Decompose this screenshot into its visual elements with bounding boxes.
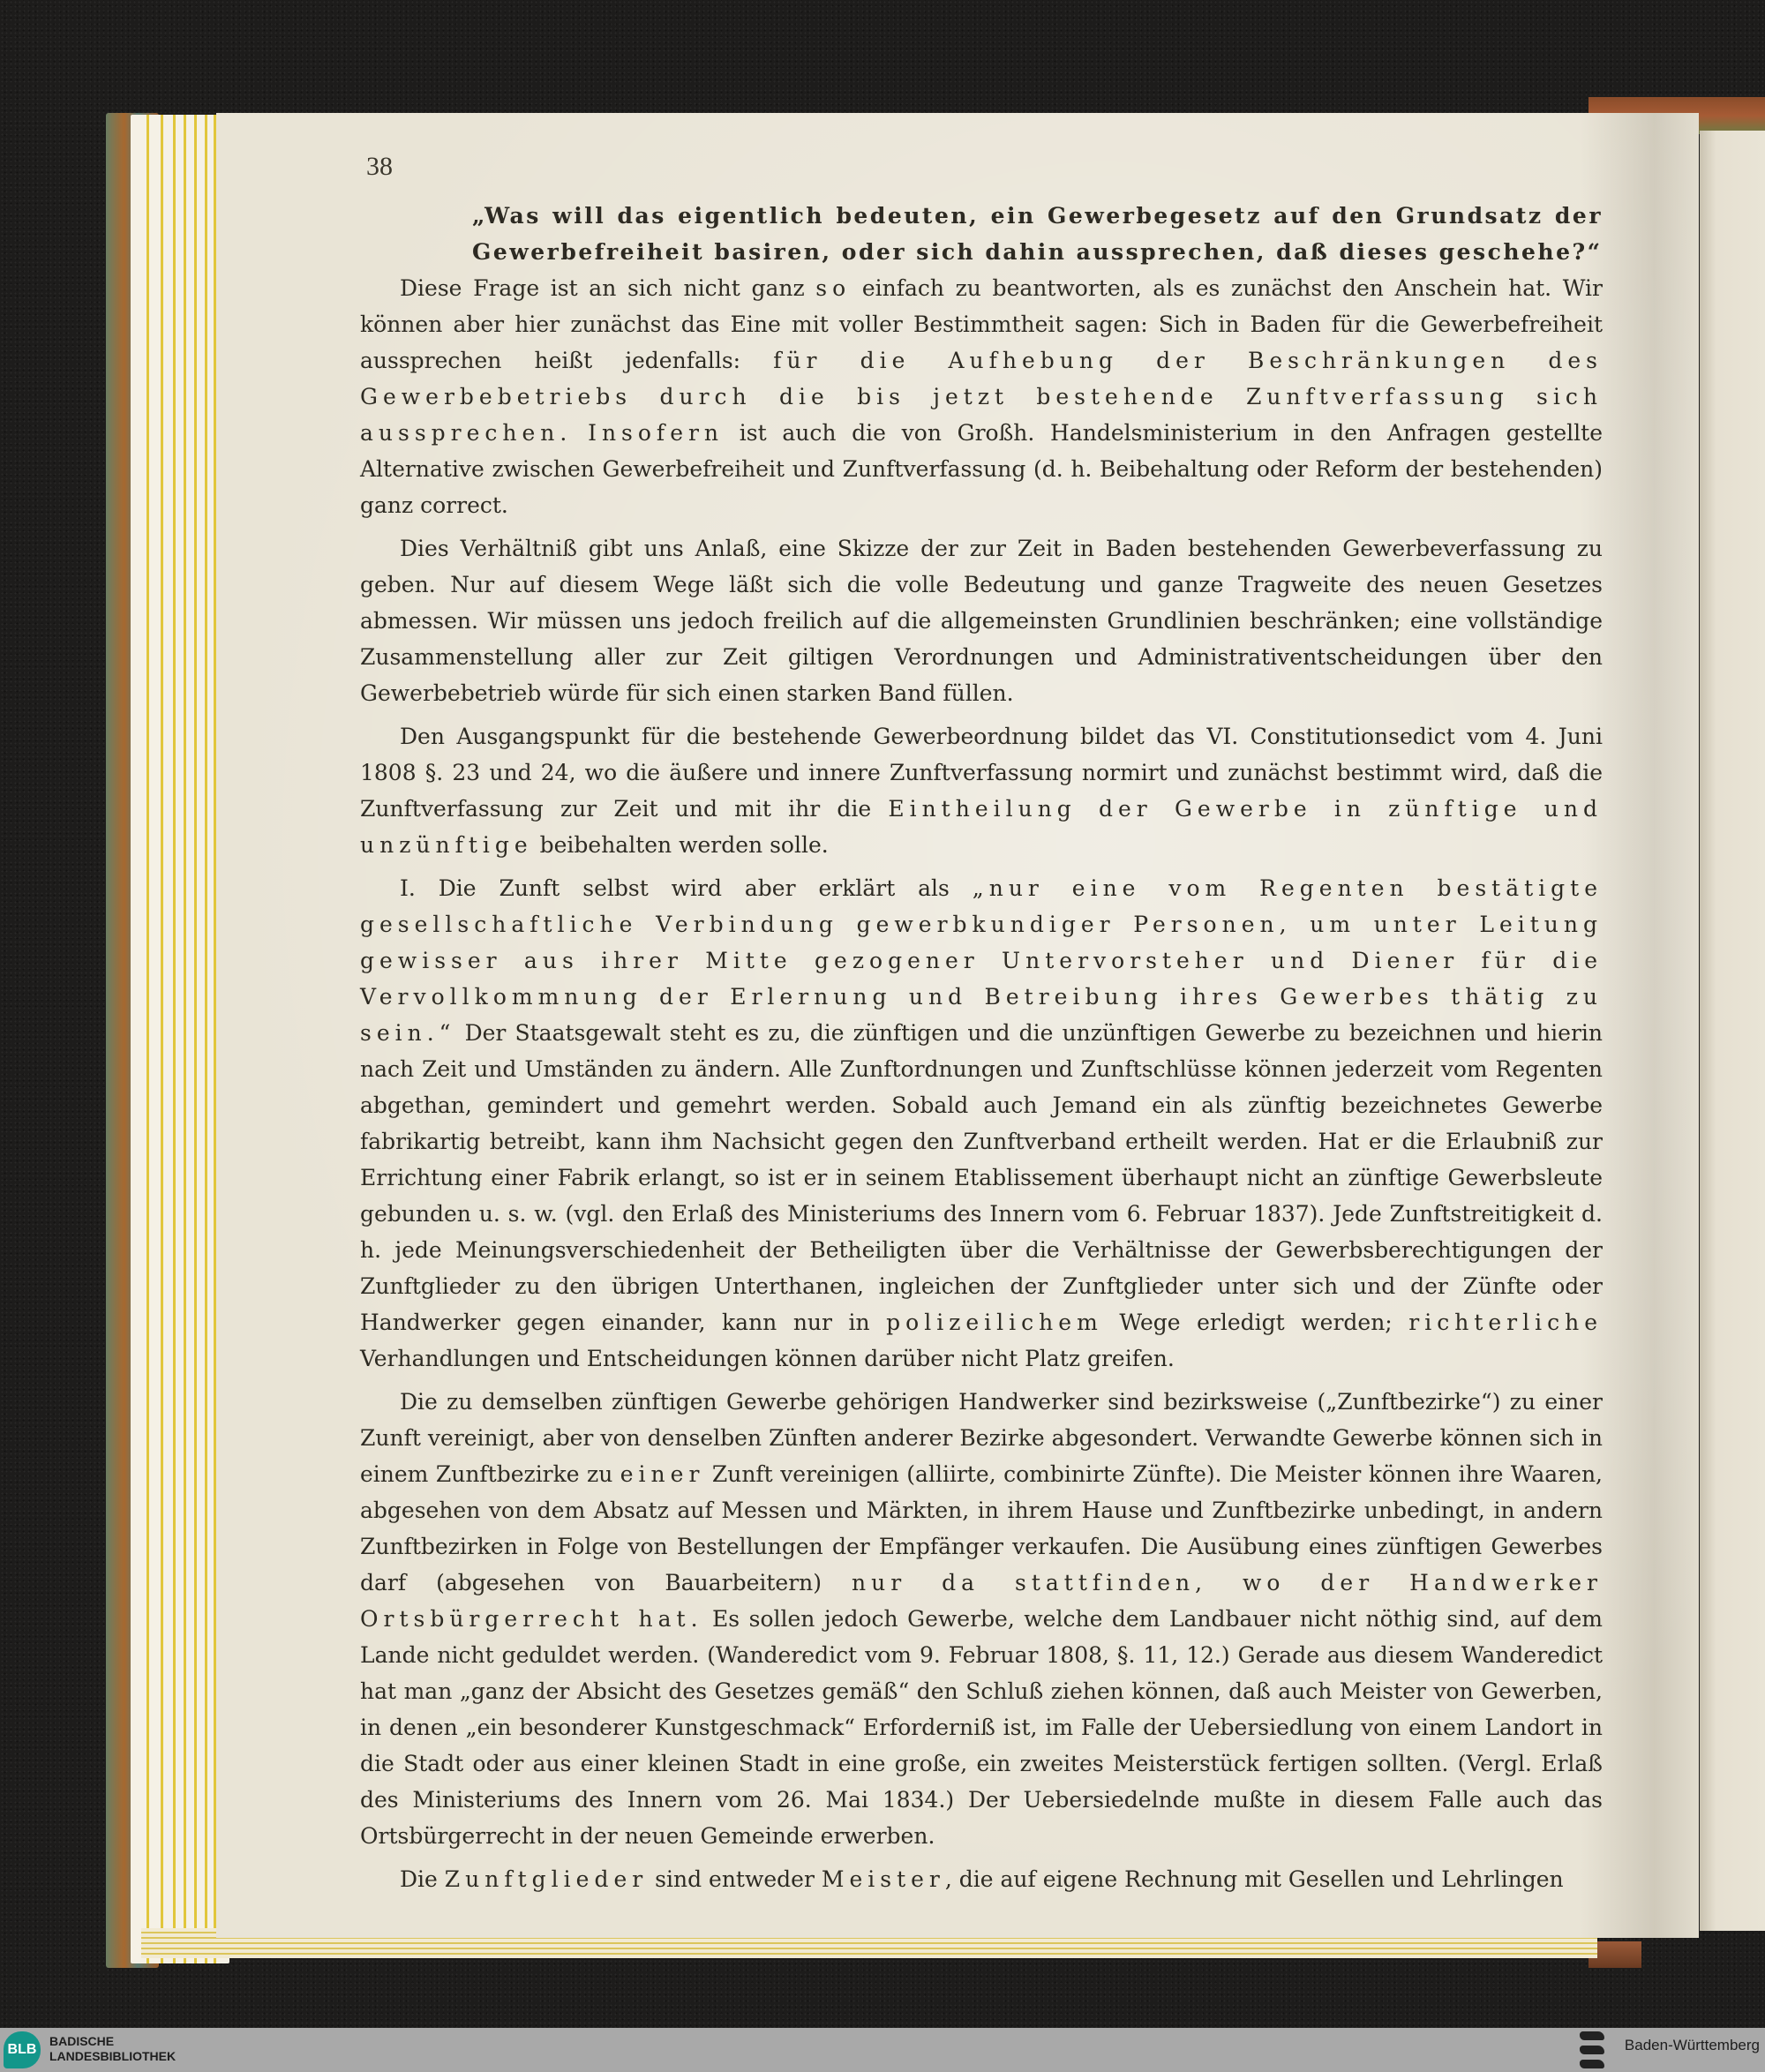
paragraph-1: Diese Frage ist an sich nicht ganz so ei… — [360, 270, 1603, 523]
emphasis: richterliche — [1408, 1310, 1603, 1335]
text-run: sind entweder — [648, 1866, 822, 1892]
blb-logo-icon[interactable]: BLB — [4, 2031, 41, 2068]
text-run: Diese Frage ist an sich nicht ganz — [400, 275, 815, 301]
paragraph-6: Die Zunftglieder sind entweder Meister, … — [360, 1861, 1603, 1897]
text-run: , die auf eigene Rechnung mit Gesellen u… — [945, 1866, 1564, 1892]
library-name-line-1: BADISCHE — [49, 2034, 176, 2049]
emphasis: Meister — [822, 1866, 945, 1892]
emphasis: so — [815, 275, 851, 301]
text-run: Die — [400, 1866, 445, 1892]
text-run: Es sollen jedoch Gewerbe, welche dem Lan… — [360, 1606, 1603, 1849]
quoted-question: „Was will das eigentlich bedeuten, ein G… — [360, 198, 1603, 270]
page-edges-left — [131, 115, 229, 1963]
text-run — [572, 420, 588, 446]
text-run: Der Staatsgewalt steht es zu, die zünfti… — [360, 1020, 1603, 1335]
text-run: Wege erledigt werden; — [1103, 1310, 1408, 1335]
state-name[interactable]: Baden-Württemberg — [1625, 2037, 1760, 2054]
three-lions-coat-of-arms-icon — [1580, 2031, 1606, 2068]
text-run: beibehalten werden solle. — [533, 832, 829, 858]
paragraph-2: Dies Verhältniß gibt uns Anlaß, eine Ski… — [360, 530, 1603, 711]
paragraph-4: I. Die Zunft selbst wird aber erklärt al… — [360, 870, 1603, 1377]
facing-page-edge — [1700, 131, 1765, 1931]
text-run: Verhandlungen und Entscheidungen können … — [360, 1346, 1175, 1371]
paragraph-5: Die zu demselben zünftigen Gewerbe gehör… — [360, 1384, 1603, 1854]
paragraph-3: Den Ausgangspunkt für die bestehende Gew… — [360, 718, 1603, 863]
emphasis: einer — [620, 1461, 705, 1487]
emphasis: Insofern — [588, 420, 724, 446]
footer-bar: BLB BADISCHE LANDESBIBLIOTHEK Baden-Würt… — [0, 2028, 1765, 2072]
emphasis: polizeilichem — [886, 1310, 1103, 1335]
emphasis: Zunftglieder — [445, 1866, 648, 1892]
library-name-line-2: LANDESBIBLIOTHEK — [49, 2049, 176, 2064]
library-name[interactable]: BADISCHE LANDESBIBLIOTHEK — [49, 2034, 176, 2064]
text-run: I. Die Zunft selbst wird aber erklärt al… — [400, 875, 973, 901]
page-text: „Was will das eigentlich bedeuten, ein G… — [360, 152, 1603, 1897]
